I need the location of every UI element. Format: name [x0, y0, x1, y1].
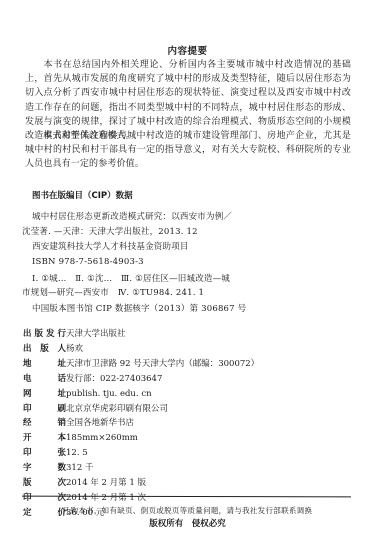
publication-row-value: 天津市卫津路 92 号天津大学内（邮编：300072）: [66, 357, 259, 371]
cip-classification-1: Ⅰ. ①城… Ⅱ. ①沈… Ⅲ. ①居住区—旧城改造—城: [32, 273, 230, 285]
publication-row-value: 185mm×260mm: [66, 431, 138, 445]
publication-row-label: 地址: [23, 357, 66, 371]
cip-classification-2: 市规划—研究—西安市 Ⅳ. ①TU984. 241. 1: [22, 287, 204, 299]
publication-row-value: 12. 5: [66, 446, 88, 460]
publication-row-value: 天津大学出版社: [66, 327, 126, 341]
publication-row-label: 印次: [23, 491, 66, 505]
publication-row-value: 312 千: [66, 461, 93, 475]
publication-row-value: publish. tju. edu. cn: [66, 387, 152, 401]
cip-line-title: 城中村居住形态更新改造模式研究：以西安市为例／: [32, 211, 232, 223]
publication-row-label: 版次: [23, 476, 66, 490]
publication-row-value: 杨欢: [66, 342, 83, 356]
cip-heading: 图书在版编目（CIP）数据: [32, 190, 133, 202]
publication-row-value: 发行部：022-27403647: [66, 372, 162, 386]
copyright-notice: 版权所有 侵权必究: [0, 518, 375, 530]
publication-row-value: 2014 年 2 月第 1 次: [66, 491, 146, 505]
cip-line-funding: 西安建筑科技大学人才科技基金资助项目: [32, 241, 189, 253]
publication-row-label: 经销: [23, 416, 66, 430]
publication-row-label: 字数: [23, 461, 66, 475]
cip-line-isbn: ISBN 978-7-5618-4903-3: [32, 256, 144, 268]
summary-paragraph-2: 本书对于关注和参与城中村改造的城市建设管理部门、房地产企业，尤其是城中村的村民和…: [25, 129, 351, 172]
publication-row-value: 北京京华虎彩印刷有限公司: [66, 402, 168, 416]
publication-row-label: 出版发行: [23, 327, 66, 341]
publication-row-label: 网址: [23, 387, 66, 401]
quality-notice: 凡购本书，如有缺页、倒页或脱页等质量问题，请与我社发行部联系调换: [0, 505, 375, 517]
summary-title: 内容提要: [0, 45, 375, 59]
publication-row-value: 全国各地新华书店: [66, 416, 134, 430]
publication-row-label: 电话: [23, 372, 66, 386]
publication-row-label: 印刷: [23, 402, 66, 416]
cip-line-author: 沈莹著. —天津：天津大学出版社，2013. 12: [22, 226, 198, 238]
cip-record-number: 中国版本图书馆 CIP 数据核字（2013）第 306867 号: [32, 303, 246, 315]
publication-row-label: 出版人: [23, 342, 66, 356]
publication-row-label: 印张: [23, 446, 66, 460]
publication-row-label: 开本: [23, 431, 66, 445]
publication-row-value: 2014 年 2 月第 1 版: [66, 476, 146, 490]
